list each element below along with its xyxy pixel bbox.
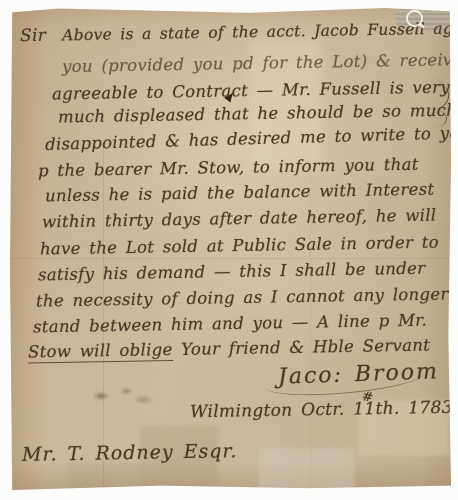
letter-line: much displeased that he should be so muc… [58,101,457,127]
letter-line: satisfy his demand — this I shall be und… [38,259,426,285]
letter-line: agreeable to Contract — Mr. Fussell is v… [52,78,450,104]
letter-line: stand between him and you — A line p Mr. [33,311,427,337]
dateline: Wilmington Octr. 11th. 1783 [190,398,453,423]
address-line: Mr. T. Rodney Esqr. [22,440,238,466]
stain-patch [68,462,140,490]
underlined-text: Stow will oblige [28,340,173,364]
signature: Jaco: Broom [278,359,440,390]
letter-line: have the Lot sold at Public Sale in orde… [40,233,439,259]
letter-line: p the bearer Mr. Stow, to inform you tha… [38,155,419,181]
letter-line: disappointed & has desired me to write t… [45,123,458,154]
letter-page: SirAbove is a state of the acct. Jacob F… [10,8,451,491]
letter-line: you (provided you pd for the Lot) & rece… [62,49,458,76]
closing-text: Your friend & Hble Servant [172,335,430,358]
letter-line: the necessity of doing as I cannot any l… [36,284,449,310]
ink-smudge [76,384,160,408]
salutation: Sir [20,26,46,46]
letter-line-text: Above is a state of the acct. Jacob Fuss… [62,19,458,45]
letter-line: SirAbove is a state of the acct. Jacob F… [20,18,458,46]
repair-patch [258,448,354,492]
letter-closing-line: Stow will oblige Your friend & Hble Serv… [28,335,430,361]
letter-line: unless he is paid the balance with Inter… [45,180,435,206]
magnifier-icon[interactable] [406,10,423,27]
scan-background: SirAbove is a state of the acct. Jacob F… [0,0,458,500]
letter-line: within thirty days after date hereof, he… [42,206,437,232]
